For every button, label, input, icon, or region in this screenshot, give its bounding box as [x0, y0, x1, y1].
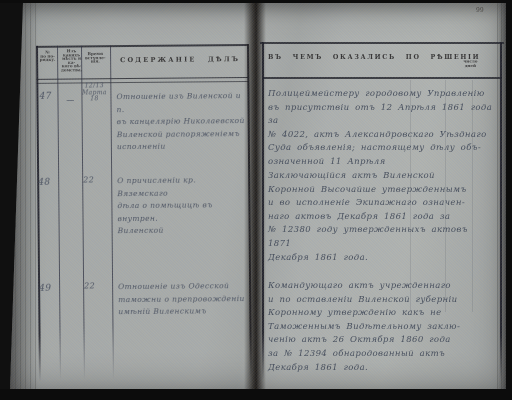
book-spread-paper: № по по- рядку. Изъ какихъ мѣстъ и ка- к… — [10, 3, 506, 389]
photo-border-bottom — [0, 389, 512, 400]
right-sub-header: число дней — [446, 55, 494, 74]
entry-mark: — — [63, 95, 77, 104]
right-table-border-right — [500, 42, 502, 380]
right-table-top-rule — [260, 42, 504, 44]
photo-of-register-spread: № по по- рядку. Изъ какихъ мѣстъ и ка- к… — [0, 0, 512, 400]
left-col3-header: Время вступле- нія. — [80, 52, 111, 71]
page-number: 99 — [476, 7, 484, 14]
entry-number: 47 — [39, 92, 51, 102]
resolution-entry: Заключающійся актъ Виленской Коронной Вы… — [268, 170, 496, 265]
entry-date: 22 — [83, 175, 94, 184]
resolution-entry: Командующаго актъ учрежденнаго и по оста… — [268, 280, 496, 375]
left-col3-divider — [110, 45, 114, 379]
left-col1-divider — [57, 46, 61, 380]
photo-border-top — [0, 0, 512, 3]
left-page-table: № по по- рядку. Изъ какихъ мѣстъ и ка- к… — [36, 44, 251, 384]
entry-summary: Отношеніе изъ Виленской и п. въ канцеляр… — [116, 90, 249, 154]
resolution-entry: Полицеймейстеру городовому Управленію въ… — [268, 88, 496, 170]
entry-summary: Отношеніе изъ Одесской таможни о препров… — [118, 280, 250, 319]
entry-number: 48 — [38, 178, 50, 188]
entry-summary: О причисленіи кр. Вяземскаго дѣла о помѣ… — [117, 174, 250, 238]
entry-date: 12/13 Марта 18 — [79, 83, 109, 103]
right-header-rule — [262, 77, 502, 79]
entry-number: 49 — [39, 284, 51, 294]
entry-date: 22 — [84, 281, 95, 290]
right-table-border-left — [262, 42, 264, 380]
left-main-header: СОДЕРЖАНІЕ ДѢЛЪ — [114, 55, 246, 64]
left-table-top-rule — [36, 44, 248, 47]
left-col2-header: Изъ какихъ мѣстъ и ка- кого вѣ- домства. — [56, 49, 82, 85]
left-page-stack-edge — [10, 3, 38, 389]
right-page-table: ВЪ ЧЕМЪ ОКАЗАЛИСЬ ПО РѢШЕНІИ число дней … — [260, 42, 504, 383]
left-col1-header: № по по- рядку. — [36, 51, 57, 70]
photo-border-right — [506, 0, 512, 400]
